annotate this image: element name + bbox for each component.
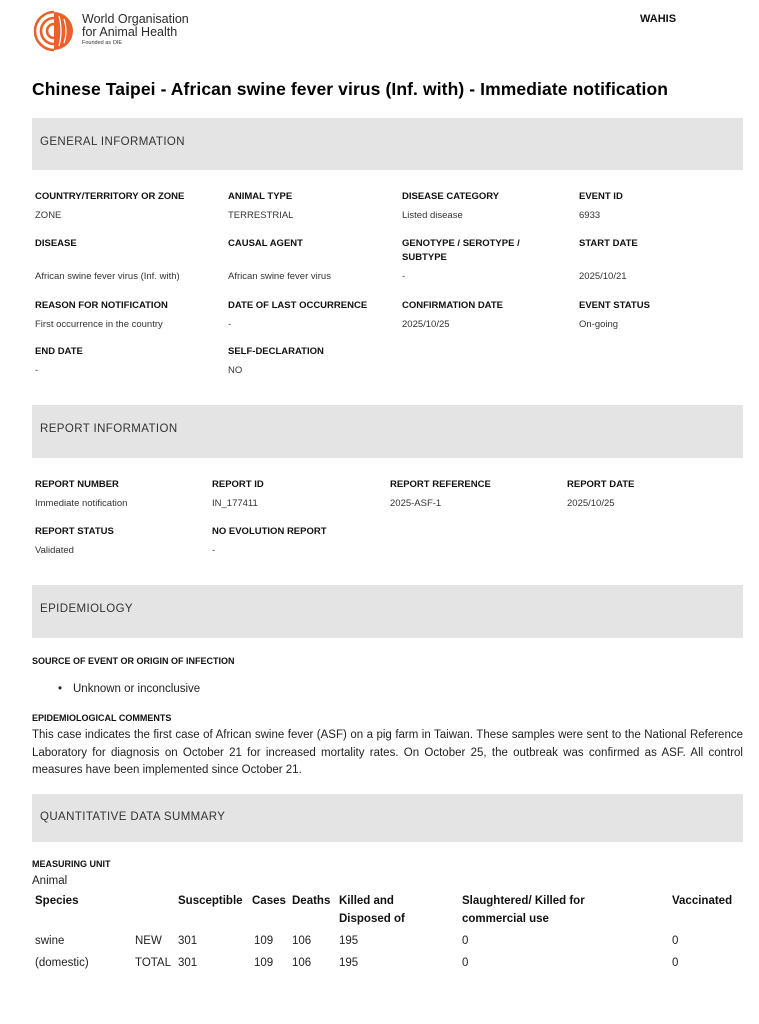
field-label: REPORT REFERENCE [390, 478, 491, 492]
field-value: 6933 [579, 209, 600, 223]
source-list-item: •Unknown or inconclusive [58, 683, 200, 695]
field-label: SUBTYPE [402, 251, 520, 265]
field-value: 2025-ASF-1 [390, 497, 441, 511]
cell-cases: 109 [254, 933, 273, 951]
epidemiological-comments: This case indicates the first case of Af… [32, 727, 743, 780]
field-causal-agent: CAUSAL AGENT African swine fever virus [228, 237, 303, 251]
section-epidemiology: EPIDEMIOLOGY [32, 585, 743, 638]
field-event-id: EVENT ID 6933 [579, 190, 623, 204]
field-label: REPORT ID [212, 478, 264, 492]
field-label: EVENT ID [579, 190, 623, 204]
section-general-information: GENERAL INFORMATION [32, 118, 743, 170]
field-value: African swine fever virus [228, 270, 331, 284]
cell-deaths: 106 [292, 955, 311, 973]
cell-vaccinated: 0 [672, 933, 678, 951]
field-value: Listed disease [402, 209, 463, 223]
field-value: 2025/10/25 [567, 497, 615, 511]
col-susceptible: Susceptible [178, 893, 243, 911]
species-cell: swine (domestic) [35, 933, 89, 972]
field-animal-type: ANIMAL TYPE TERRESTRIAL [228, 190, 292, 204]
field-value: - [35, 364, 38, 378]
field-report-id: REPORT ID IN_177411 [212, 478, 264, 492]
org-subtitle: Founded as OIE [82, 39, 189, 47]
col-killed: Killed and Disposed of [339, 893, 405, 928]
row-type: TOTAL [135, 955, 171, 973]
field-label: NO EVOLUTION REPORT [212, 525, 327, 539]
bullet-icon: • [58, 683, 73, 695]
field-report-number: REPORT NUMBER Immediate notification [35, 478, 119, 492]
col-killed-line2: Disposed of [339, 911, 405, 929]
field-value: - [212, 544, 215, 558]
measuring-unit-value: Animal [32, 875, 67, 887]
field-label: REPORT STATUS [35, 525, 114, 539]
field-value: TERRESTRIAL [228, 209, 293, 223]
field-event-status: EVENT STATUS On-going [579, 299, 650, 313]
section-title: REPORT INFORMATION [40, 423, 178, 435]
col-vaccinated: Vaccinated [672, 893, 732, 911]
field-label: REPORT DATE [567, 478, 634, 492]
field-label: REPORT NUMBER [35, 478, 119, 492]
row-type: NEW [135, 933, 162, 951]
field-country: COUNTRY/TERRITORY OR ZONE ZONE [35, 190, 184, 204]
field-label: REASON FOR NOTIFICATION [35, 299, 168, 313]
cell-susceptible: 301 [178, 933, 197, 951]
field-label: START DATE [579, 237, 638, 251]
page-header: World Organisation for Animal Health Fou… [0, 0, 759, 70]
field-label: DISEASE CATEGORY [402, 190, 499, 204]
measuring-unit-label: MEASURING UNIT [32, 859, 111, 869]
source-label: SOURCE OF EVENT OR ORIGIN OF INFECTION [32, 656, 235, 666]
source-item-text: Unknown or inconclusive [73, 683, 200, 695]
section-quantitative-data: QUANTITATIVE DATA SUMMARY [32, 794, 743, 842]
field-label: DATE OF LAST OCCURRENCE [228, 299, 367, 313]
field-label: CAUSAL AGENT [228, 237, 303, 251]
field-reason: REASON FOR NOTIFICATION First occurrence… [35, 299, 168, 313]
cell-cases: 109 [254, 955, 273, 973]
field-value: NO [228, 364, 242, 378]
field-confirmation-date: CONFIRMATION DATE 2025/10/25 [402, 299, 503, 313]
field-value: Validated [35, 544, 74, 558]
field-start-date: START DATE 2025/10/21 [579, 237, 638, 251]
species-line2: (domestic) [35, 955, 89, 973]
field-value: ZONE [35, 209, 61, 223]
field-value: On-going [579, 318, 618, 332]
col-species: Species [35, 893, 78, 911]
field-report-status: REPORT STATUS Validated [35, 525, 114, 539]
field-label: COUNTRY/TERRITORY OR ZONE [35, 190, 184, 204]
field-disease-category: DISEASE CATEGORY Listed disease [402, 190, 499, 204]
field-label: EVENT STATUS [579, 299, 650, 313]
field-value: - [228, 318, 231, 332]
cell-susceptible: 301 [178, 955, 197, 973]
field-value: First occurrence in the country [35, 318, 163, 332]
cell-vaccinated: 0 [672, 955, 678, 973]
field-value: 2025/10/21 [579, 270, 627, 284]
field-genotype: GENOTYPE / SEROTYPE / SUBTYPE - [402, 237, 520, 265]
field-self-declaration: SELF-DECLARATION NO [228, 345, 324, 359]
field-report-date: REPORT DATE 2025/10/25 [567, 478, 634, 492]
section-report-information: REPORT INFORMATION [32, 405, 743, 458]
field-value: Immediate notification [35, 497, 127, 511]
field-value: African swine fever virus (Inf. with) [35, 270, 180, 284]
field-label: END DATE [35, 345, 83, 359]
section-title: QUANTITATIVE DATA SUMMARY [40, 811, 225, 823]
cell-slaughtered: 0 [462, 933, 468, 951]
cell-slaughtered: 0 [462, 955, 468, 973]
col-slaughtered: Slaughtered/ Killed for commercial use [462, 893, 585, 928]
field-disease: DISEASE African swine fever virus (Inf. … [35, 237, 77, 251]
field-no-evolution-report: NO EVOLUTION REPORT - [212, 525, 327, 539]
col-cases: Cases [252, 893, 286, 911]
field-value: IN_177411 [212, 497, 258, 511]
col-deaths: Deaths [292, 893, 330, 911]
comments-label: EPIDEMIOLOGICAL COMMENTS [32, 713, 171, 723]
col-slaughtered-line1: Slaughtered/ Killed for [462, 893, 585, 911]
field-report-reference: REPORT REFERENCE 2025-ASF-1 [390, 478, 491, 492]
field-label: DISEASE [35, 237, 77, 251]
org-name-line2: for Animal Health [82, 26, 189, 39]
col-slaughtered-line2: commercial use [462, 911, 585, 929]
app-name: WAHIS [640, 13, 676, 25]
col-killed-line1: Killed and [339, 893, 405, 911]
woah-logo-icon [33, 10, 75, 52]
field-label: SELF-DECLARATION [228, 345, 324, 359]
cell-killed: 195 [339, 955, 358, 973]
field-end-date: END DATE - [35, 345, 83, 359]
field-label: GENOTYPE / SEROTYPE / [402, 237, 520, 251]
field-last-occurrence: DATE OF LAST OCCURRENCE - [228, 299, 367, 313]
field-label: CONFIRMATION DATE [402, 299, 503, 313]
org-name: World Organisation for Animal Health Fou… [82, 13, 189, 47]
section-title: GENERAL INFORMATION [40, 136, 185, 148]
cell-deaths: 106 [292, 933, 311, 951]
species-line1: swine [35, 933, 89, 951]
cell-killed: 195 [339, 933, 358, 951]
field-value: - [402, 270, 405, 284]
field-label: ANIMAL TYPE [228, 190, 292, 204]
page-title: Chinese Taipei - African swine fever vir… [32, 79, 668, 100]
field-value: 2025/10/25 [402, 318, 450, 332]
section-title: EPIDEMIOLOGY [40, 603, 133, 615]
